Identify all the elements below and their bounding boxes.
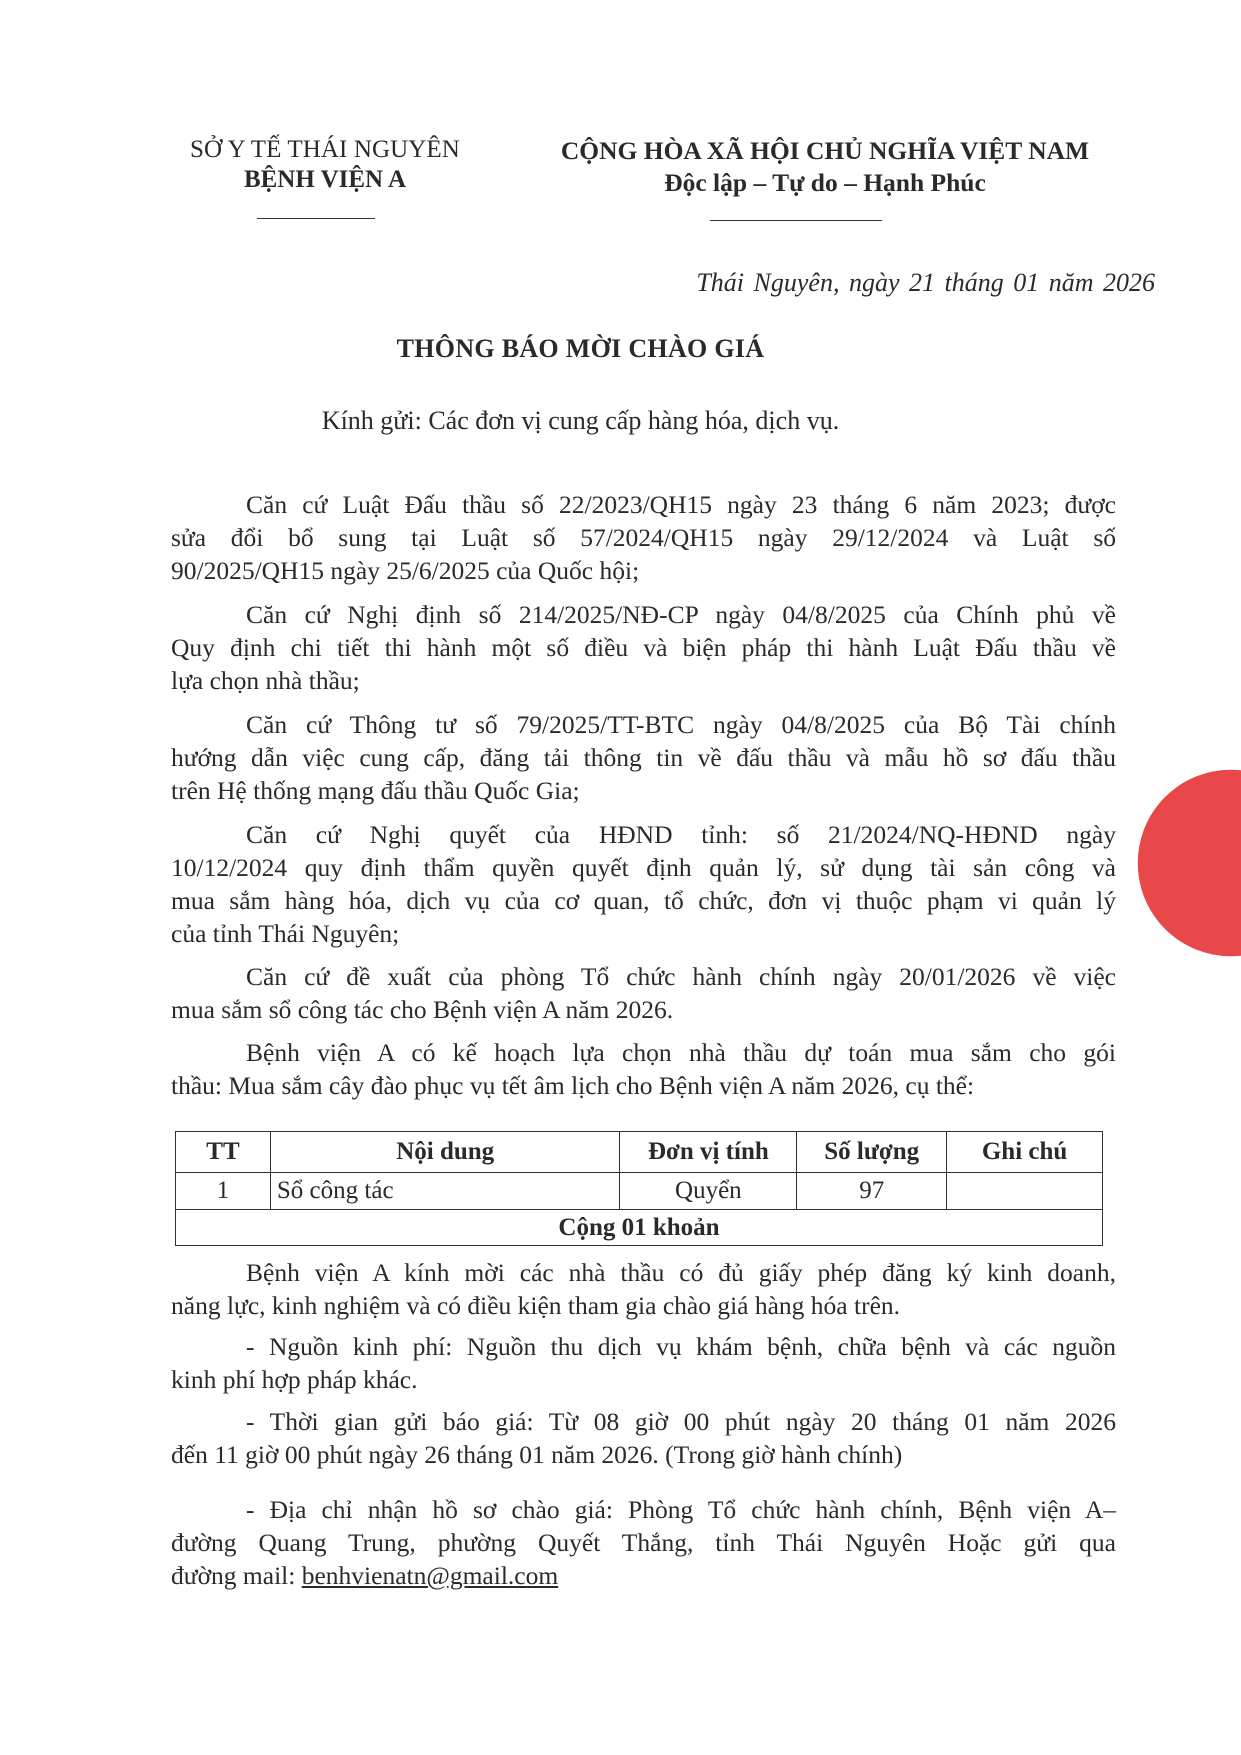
paragraph-line: trên Hệ thống mạng đấu thầu Quốc Gia; [171,774,1116,807]
cell-quantity: 97 [797,1173,947,1210]
header-organization: SỞ Y TẾ THÁI NGUYÊN [160,136,490,164]
recipient-line: Kính gửi: Các đơn vị cung cấp hàng hóa, … [0,406,1241,436]
cell-note [947,1173,1103,1210]
paragraph-submission-address: - Địa chỉ nhận hồ sơ chào giá: Phòng Tổ … [171,1493,1116,1592]
paragraph-invitation: Bệnh viện A kính mời các nhà thầu có đủ … [171,1256,1116,1322]
cell-unit: Quyển [620,1173,797,1210]
table-header-row: TT Nội dung Đơn vị tính Số lượng Ghi chú [176,1132,1103,1173]
paragraph-line: Căn cứ đề xuất của phòng Tổ chức hành ch… [171,960,1116,993]
paragraph-line: của tỉnh Thái Nguyên; [171,917,1116,950]
table-row: 1 Sổ công tác Quyển 97 [176,1173,1103,1210]
paragraph-line: đường mail: benhvienatn@gmail.com [171,1559,1116,1592]
items-table: TT Nội dung Đơn vị tính Số lượng Ghi chú… [175,1131,1103,1246]
paragraph-procurement-plan: Bệnh viện A có kế hoạch lựa chọn nhà thầ… [171,1036,1116,1102]
column-header-tt: TT [176,1132,271,1173]
paragraph-line: mua sắm hàng hóa, dịch vụ của cơ quan, t… [171,884,1116,917]
paragraph-line: Căn cứ Nghị định số 214/2025/NĐ-CP ngày … [171,598,1116,631]
paragraph-line: Căn cứ Luật Đấu thầu số 22/2023/QH15 ngà… [171,488,1116,521]
paragraph-line: đến 11 giờ 00 phút ngày 26 tháng 01 năm … [171,1438,1116,1471]
paragraph-law-basis: Căn cứ Luật Đấu thầu số 22/2023/QH15 ngà… [171,488,1116,587]
paragraph-circular-basis: Căn cứ Thông tư số 79/2025/TT-BTC ngày 0… [171,708,1116,807]
paragraph-line: năng lực, kinh nghiệm và có điều kiện th… [171,1289,1116,1322]
paragraph-line: sửa đổi bổ sung tại Luật số 57/2024/QH15… [171,521,1116,554]
paragraph-line: đường Quang Trung, phường Quyết Thắng, t… [171,1526,1116,1559]
header-right-divider [710,220,882,221]
paragraph-proposal-basis: Căn cứ đề xuất của phòng Tổ chức hành ch… [171,960,1116,1026]
paragraph-resolution-basis: Căn cứ Nghị quyết của HĐND tỉnh: số 21/2… [171,818,1116,950]
header-motto: Độc lập – Tự do – Hạnh Phúc [525,168,1125,198]
header-left-divider [257,218,375,219]
paragraph-line: Bệnh viện A có kế hoạch lựa chọn nhà thầ… [171,1036,1116,1069]
paragraph-line: Căn cứ Nghị quyết của HĐND tỉnh: số 21/2… [171,818,1116,851]
paragraph-decree-basis: Căn cứ Nghị định số 214/2025/NĐ-CP ngày … [171,598,1116,697]
official-stamp: SỞ Y TẾ TỈNH BỆNH VIỆN A ★ [1136,768,1241,958]
paragraph-line: Căn cứ Thông tư số 79/2025/TT-BTC ngày 0… [171,708,1116,741]
cell-content: Sổ công tác [270,1173,620,1210]
paragraph-line: 90/2025/QH15 ngày 25/6/2025 của Quốc hội… [171,554,1116,587]
paragraph-submission-time: - Thời gian gửi báo giá: Từ 08 giờ 00 ph… [171,1405,1116,1471]
email-label: đường mail: [171,1561,302,1590]
header-hospital-name: BỆNH VIỆN A [160,166,490,194]
column-header-unit: Đơn vị tính [620,1132,797,1173]
stamp-star-icon: ★ [1225,936,1238,952]
paragraph-line: Bệnh viện A kính mời các nhà thầu có đủ … [171,1256,1116,1289]
paragraph-line: lựa chọn nhà thầu; [171,664,1116,697]
paragraph-line: - Nguồn kinh phí: Nguồn thu dịch vụ khám… [171,1330,1116,1363]
paragraph-line: 10/12/2024 quy định thẩm quyền quyết địn… [171,851,1116,884]
column-header-content: Nội dung [270,1132,620,1173]
paragraph-funding-source: - Nguồn kinh phí: Nguồn thu dịch vụ khám… [171,1330,1116,1396]
paragraph-line: - Thời gian gửi báo giá: Từ 08 giờ 00 ph… [171,1405,1116,1438]
column-header-note: Ghi chú [947,1132,1103,1173]
paragraph-line: kinh phí hợp pháp khác. [171,1363,1116,1396]
cell-tt: 1 [176,1173,271,1210]
paragraph-line: hướng dẫn việc cung cấp, đăng tải thông … [171,741,1116,774]
table-total-row: Cộng 01 khoản [176,1210,1103,1246]
total-cell: Cộng 01 khoản [176,1210,1103,1246]
paragraph-line: mua sắm sổ công tác cho Bệnh viện A năm … [171,993,1116,1026]
column-header-quantity: Số lượng [797,1132,947,1173]
document-title: THÔNG BÁO MỜI CHÀO GIÁ [0,334,1241,364]
date-line: Thái Nguyên, ngày 21 tháng 01 năm 2026 [555,268,1155,298]
paragraph-line: thầu: Mua sắm cây đào phục vụ tết âm lịc… [171,1069,1116,1102]
stamp-center-letter: A [1223,870,1240,898]
email-link[interactable]: benhvienatn@gmail.com [302,1561,558,1590]
header-nation: CỘNG HÒA XÃ HỘI CHỦ NGHĨA VIỆT NAM [525,136,1125,166]
paragraph-line: - Địa chỉ nhận hồ sơ chào giá: Phòng Tổ … [171,1493,1116,1526]
paragraph-line: Quy định chi tiết thi hành một số điều v… [171,631,1116,664]
stamp-center-text: BỆNH VIỆN [1176,845,1241,869]
